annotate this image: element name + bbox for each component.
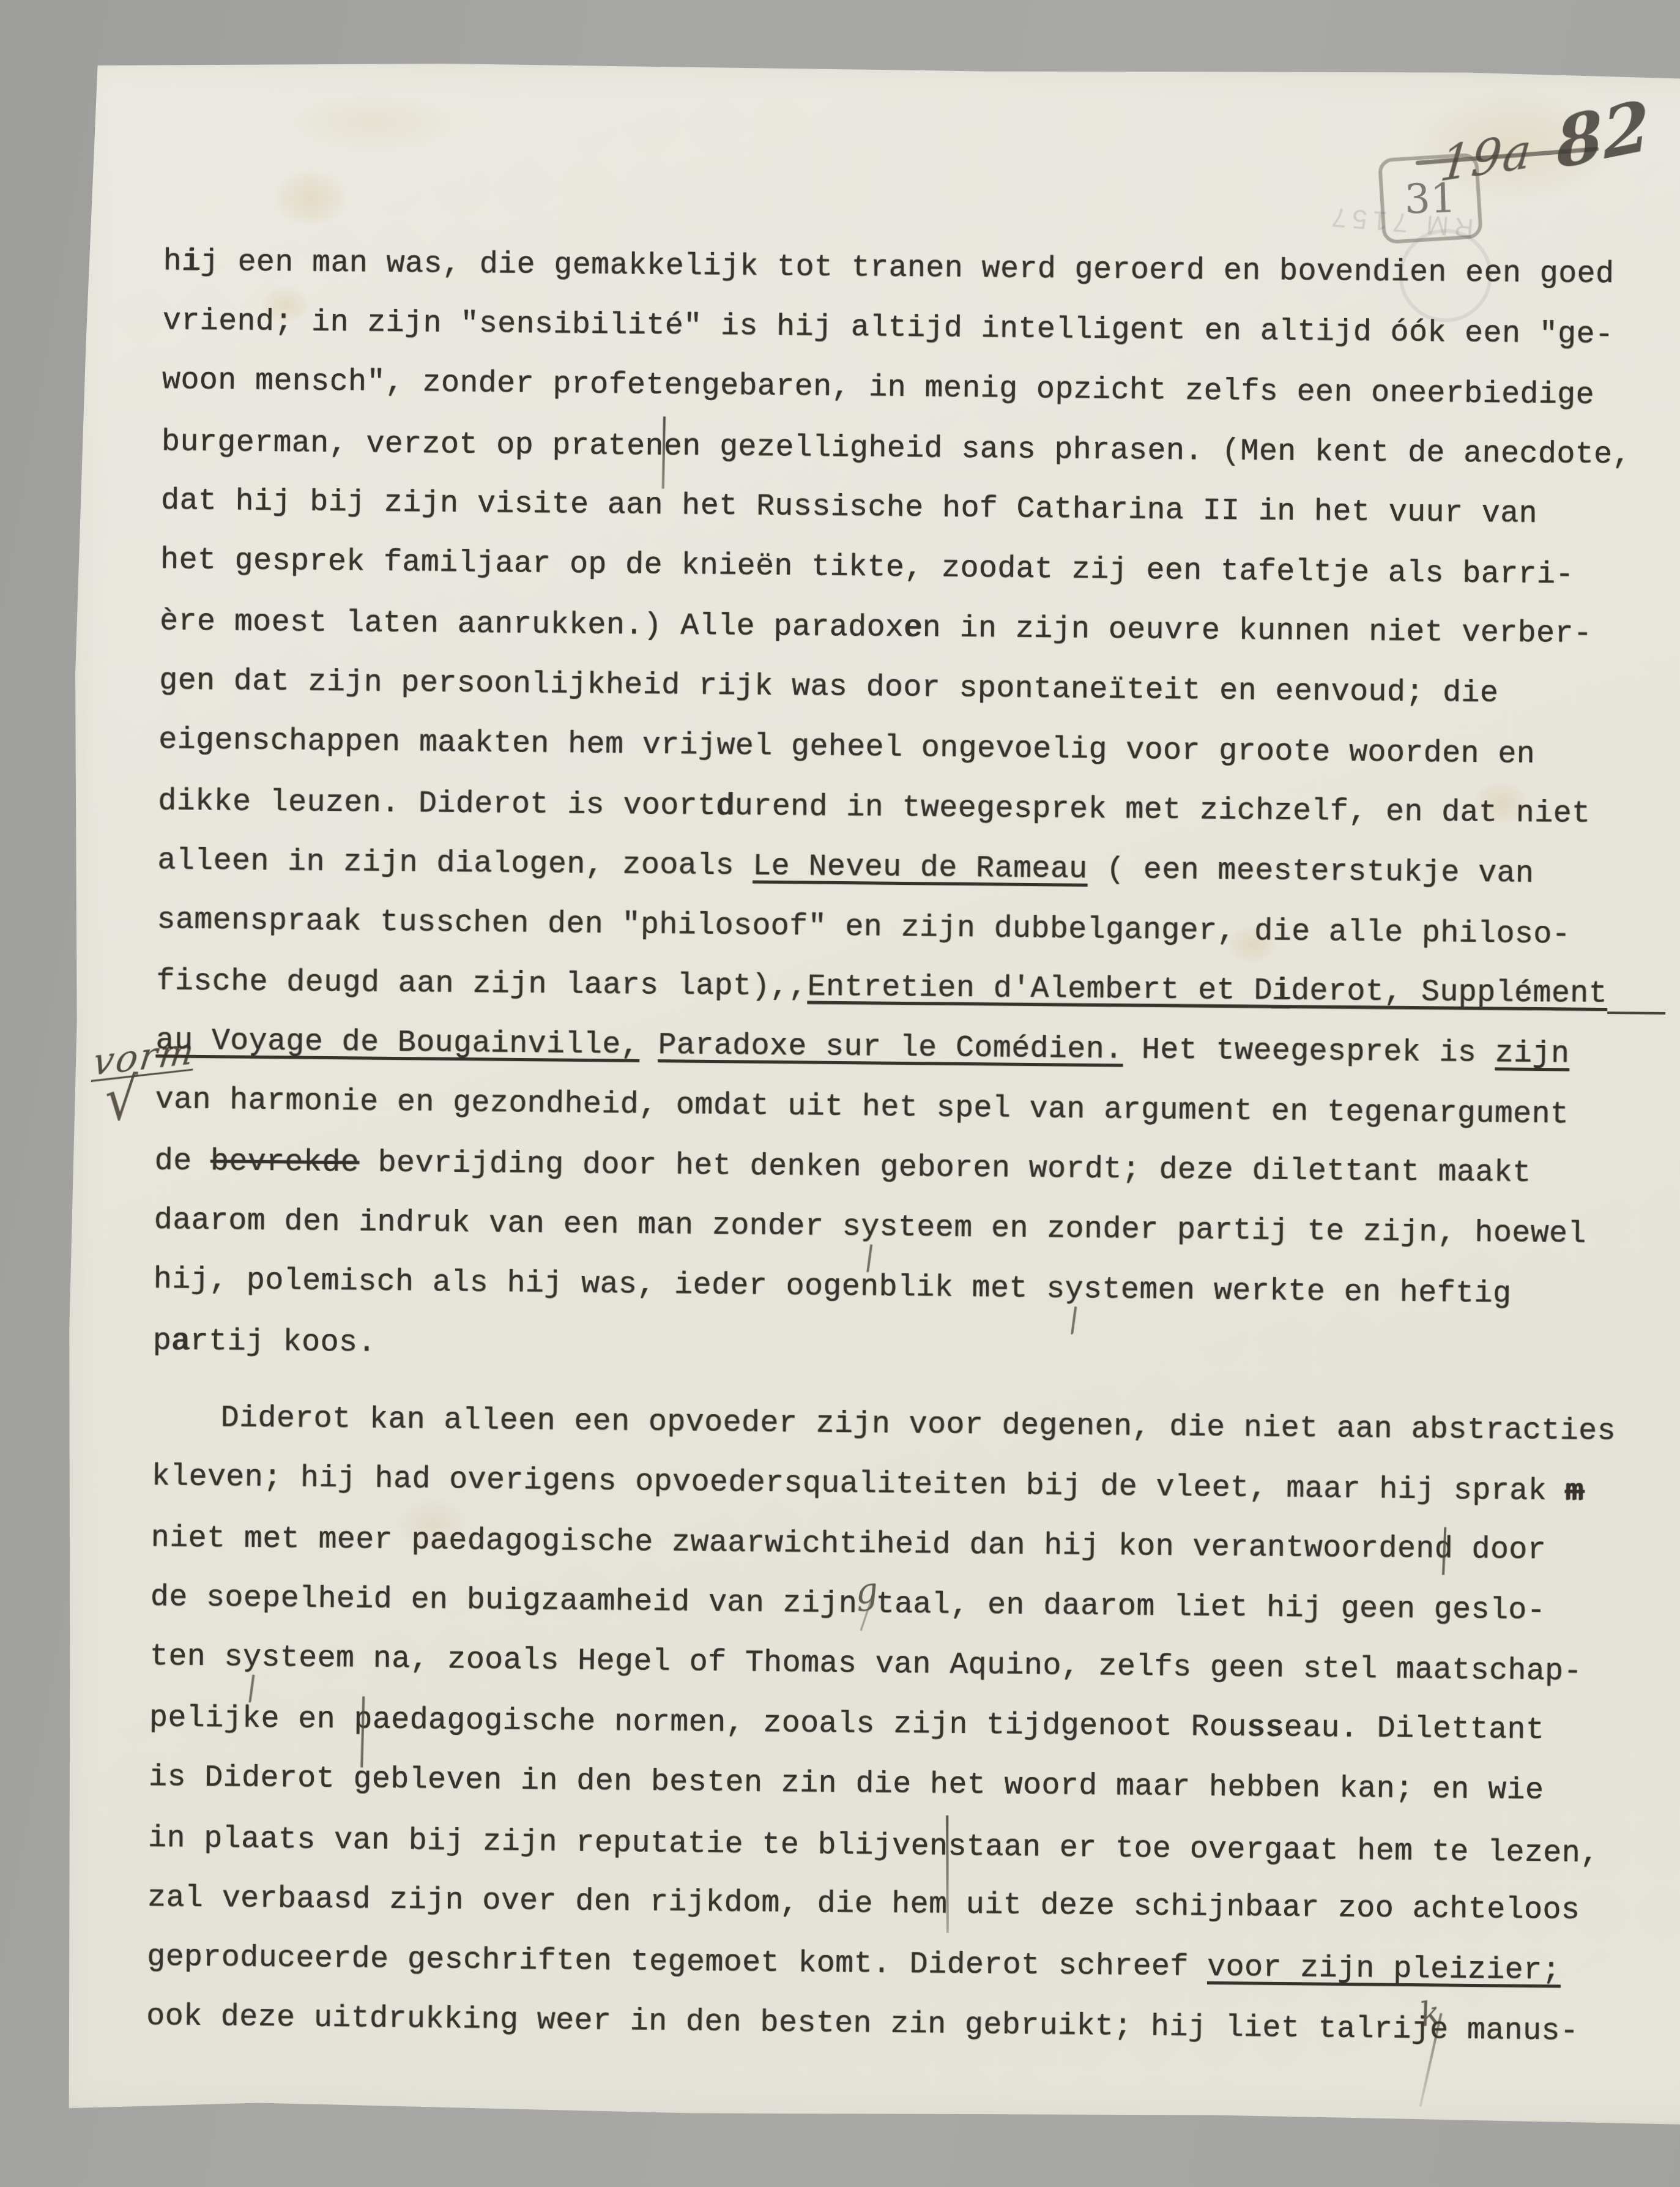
text-segment: derot, Supplément: [1291, 974, 1607, 1012]
text-segment: Diderot kan alleen een opvoeder zijn voo…: [220, 1401, 1616, 1449]
text-segment: y: [1065, 1272, 1083, 1307]
text-segment: gen dat zijn persoonlijkheid rijk was do…: [159, 663, 1499, 711]
text-segment: heid dan hij kon verantwoorden: [876, 1527, 1435, 1567]
text-segment: p: [354, 1702, 373, 1737]
text-segment: voor zijn pleizier;: [1207, 1950, 1561, 1989]
text-segment: zijn: [1495, 1036, 1569, 1071]
text-segment: vriend; in zijn "sensibilité" is hij alt…: [163, 304, 1614, 352]
text-segment: burgerman, verzot op praten: [162, 425, 664, 464]
text-segment: van harmonie en gezondheid, omdat uit he…: [155, 1082, 1569, 1133]
text-segment: ss: [1247, 1710, 1284, 1746]
text-segment: ère moest laten aanrukken.) Alle paradox: [160, 604, 904, 646]
text-segment: y: [861, 1210, 880, 1245]
text-segment: h: [163, 244, 182, 279]
text-segment: zal verbaasd zijn over den rijkdom, die …: [147, 1880, 1580, 1928]
text-segment: m: [1565, 1474, 1584, 1509]
manuscript-page: 19a 82 31 RM 7157 vorm √ hij een man was…: [60, 58, 1680, 2125]
text-segment: en gezelligheid sans phrasen. (Men kent …: [664, 430, 1631, 473]
text-segment: Het tweegesprek is: [1123, 1032, 1495, 1071]
text-segment: a: [171, 1324, 190, 1359]
text-segment: bevrijding door het denken geboren wordt…: [359, 1146, 1531, 1191]
text-segment: pelijke en: [149, 1701, 354, 1737]
text-segment: j een man was, die gemakkelijk tot trane…: [200, 245, 1614, 292]
text-segment: Entretien d'Alembert et D: [807, 970, 1273, 1009]
text-segment: [639, 1028, 658, 1063]
text-segment: ( een meesterstukje van: [1087, 852, 1534, 892]
text-segment: is Diderot gebleven in den besten zin di…: [149, 1760, 1544, 1808]
text-segment: door: [1453, 1532, 1547, 1568]
text-segment: d: [716, 789, 735, 824]
text-segment: stemen werkte en heftig: [1083, 1272, 1512, 1311]
text-segment: e: [904, 611, 923, 646]
text-segment: Le Neveu de Rameau: [753, 849, 1088, 887]
typescript-line: partij koos.: [152, 1311, 1680, 1385]
text-segment: kleven; hij had overigens opvoedersquali…: [151, 1459, 1565, 1510]
text-segment: Paradoxe sur le Comédien.: [658, 1028, 1123, 1067]
text-segment: woon mensch", zonder profetengebaren, in…: [162, 363, 1595, 413]
text-segment: het gesprek familjaar op de knieën tikte…: [160, 543, 1574, 593]
text-segment: hij, polemisch als hij was, ieder oogenb…: [154, 1262, 1065, 1307]
text-segment: e manus-: [1430, 2013, 1579, 2049]
text-segment: bevrekde: [210, 1144, 360, 1180]
text-segment: eau. Dilettant: [1284, 1711, 1544, 1748]
text-segment: daarom den indruk van een man zonder s: [154, 1203, 861, 1245]
text-segment: samenspraak tusschen den "philosoof" en …: [157, 903, 1570, 953]
text-segment: p: [153, 1324, 172, 1358]
text-segment: de: [154, 1144, 210, 1179]
text-segment: i: [182, 245, 201, 280]
text-segment: dat hij bij zijn visite aan het Russisch…: [161, 483, 1537, 532]
text-segment: i: [1273, 974, 1292, 1008]
text-segment: urend in tweegesprek met zichzelf, en da…: [735, 789, 1591, 832]
text-segment: alleen in zijn dialogen, zooals: [157, 843, 753, 884]
text-segment: ten s: [150, 1639, 243, 1675]
text-segment: n in zijn oeuvre kunnen niet verber-: [922, 611, 1592, 652]
text-segment: ook deze uitdrukking weer in den besten …: [146, 1999, 1430, 2047]
text-segment: dikke leuzen. Diderot is voort: [158, 784, 716, 824]
text-segment: in plaats van bij zijn reputatie te blij…: [148, 1821, 948, 1865]
text-segment: geproduceerde geschriften tegemoet komt.…: [147, 1940, 1208, 1985]
text-segment: d: [1434, 1532, 1453, 1567]
text-segment: steem na, zooals Hegel of Thomas van Aqu…: [261, 1641, 1582, 1690]
text-segment: rtij koos.: [190, 1324, 376, 1361]
text-segment: niet met meer paedagogische zwaarwichti: [151, 1521, 877, 1562]
typescript: hij een man was, die gemakkelijk tot tra…: [61, 58, 1680, 2063]
scan-background: 19a 82 31 RM 7157 vorm √ hij een man was…: [0, 0, 1680, 2187]
text-segment: aedagogische normen, zooals zijn tijdgen…: [373, 1703, 1247, 1745]
text-segment: steem en zonder partij te zijn, hoewel: [879, 1210, 1586, 1252]
text-segment: y: [243, 1641, 262, 1675]
text-segment: staan er toe overgaat hem te lezen,: [948, 1830, 1599, 1871]
text-segment: de soepelheid en buigzaamheid van zijn t…: [151, 1580, 1546, 1628]
text-segment: au Voyage de Bougainville,: [155, 1023, 639, 1063]
text-segment: fische deugd aan zijn laars lapt),,: [156, 964, 808, 1004]
text-segment: eigenschappen maakten hem vrijwel geheel…: [158, 723, 1535, 772]
